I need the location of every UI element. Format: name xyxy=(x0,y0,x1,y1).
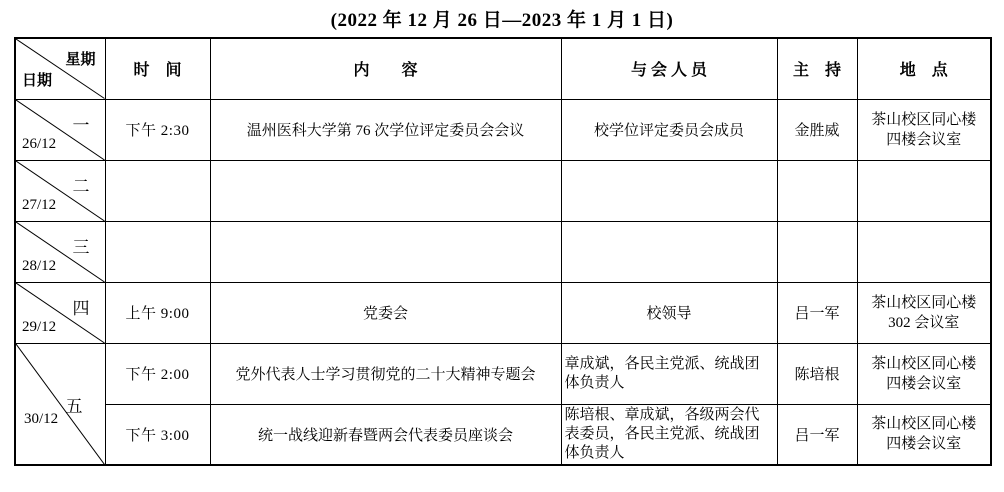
weekday-label: 四 xyxy=(73,294,90,319)
col-header-time: 时 间 xyxy=(105,38,210,99)
schedule-row-thursday: 四 29/12 上午 9:00 党委会 校领导 吕一军 茶山校区同心楼 302 … xyxy=(15,282,991,343)
content-cell: 统一战线迎新春暨两会代表委员座谈会 xyxy=(210,404,561,465)
weekday-header-label: 星期 xyxy=(65,48,95,69)
date-header-label: 日期 xyxy=(22,69,52,90)
attendees-cell: 陈培根、章成斌，各级两会代表委员，各民主党派、统战团体负责人 xyxy=(561,404,777,465)
time-cell: 上午 9:00 xyxy=(105,282,210,343)
host-cell: 吕一军 xyxy=(777,282,857,343)
content-cell: 温州医科大学第 76 次学位评定委员会会议 xyxy=(210,99,561,160)
content-cell: 党委会 xyxy=(210,282,561,343)
schedule-row-monday: 一 26/12 下午 2:30 温州医科大学第 76 次学位评定委员会会议 校学… xyxy=(15,99,991,160)
diagonal-line xyxy=(16,344,105,465)
host-cell xyxy=(777,160,857,221)
content-cell xyxy=(210,221,561,282)
weekday-label: 三 xyxy=(73,233,90,258)
host-cell: 金胜威 xyxy=(777,99,857,160)
schedule-row-wednesday: 三 28/12 xyxy=(15,221,991,282)
host-cell: 吕一军 xyxy=(777,404,857,465)
corner-header-cell: 星期 日期 xyxy=(15,38,105,99)
time-cell: 下午 2:30 xyxy=(105,99,210,160)
date-label: 27/12 xyxy=(22,197,56,214)
time-cell: 下午 2:00 xyxy=(105,343,210,404)
weekday-label: 一 xyxy=(73,111,90,136)
schedule-row-tuesday: 二 27/12 xyxy=(15,160,991,221)
col-header-location: 地 点 xyxy=(857,38,991,99)
host-cell xyxy=(777,221,857,282)
date-cell-29-12: 四 29/12 xyxy=(15,282,105,343)
time-cell xyxy=(105,160,210,221)
attendees-cell: 校学位评定委员会成员 xyxy=(561,99,777,160)
date-label: 28/12 xyxy=(22,258,56,275)
content-cell: 党外代表人士学习贯彻党的二十大精神专题会 xyxy=(210,343,561,404)
date-range-title: (2022 年 12 月 26 日—2023 年 1 月 1 日) xyxy=(0,0,1004,33)
col-header-content: 内 容 xyxy=(210,38,561,99)
col-header-attendees: 与 会 人 员 xyxy=(561,38,777,99)
schedule-row-friday-2: 下午 3:00 统一战线迎新春暨两会代表委员座谈会 陈培根、章成斌，各级两会代表… xyxy=(15,404,991,465)
time-cell: 下午 3:00 xyxy=(105,404,210,465)
weekday-label: 二 xyxy=(73,172,90,197)
attendees-cell: 校领导 xyxy=(561,282,777,343)
date-label: 29/12 xyxy=(22,319,56,336)
location-cell: 茶山校区同心楼 四楼会议室 xyxy=(857,99,991,160)
attendees-cell xyxy=(561,160,777,221)
header-row: 星期 日期 时 间 内 容 与 会 人 员 主 持 地 点 xyxy=(15,38,991,99)
weekday-label: 五 xyxy=(66,392,83,417)
weekly-schedule-table: 星期 日期 时 间 内 容 与 会 人 员 主 持 地 点 一 26/12 下午… xyxy=(14,37,992,466)
date-cell-27-12: 二 27/12 xyxy=(15,160,105,221)
location-cell xyxy=(857,160,991,221)
location-cell: 茶山校区同心楼 四楼会议室 xyxy=(857,404,991,465)
date-label: 26/12 xyxy=(22,136,56,153)
date-cell-28-12: 三 28/12 xyxy=(15,221,105,282)
date-cell-26-12: 一 26/12 xyxy=(15,99,105,160)
attendees-cell xyxy=(561,221,777,282)
schedule-row-friday-1: 五 30/12 下午 2:00 党外代表人士学习贯彻党的二十大精神专题会 章成斌… xyxy=(15,343,991,404)
location-cell: 茶山校区同心楼 302 会议室 xyxy=(857,282,991,343)
host-cell: 陈培根 xyxy=(777,343,857,404)
attendees-cell: 章成斌，各民主党派、统战团体负责人 xyxy=(561,343,777,404)
time-cell xyxy=(105,221,210,282)
col-header-host: 主 持 xyxy=(777,38,857,99)
location-cell: 茶山校区同心楼 四楼会议室 xyxy=(857,343,991,404)
date-cell-30-12: 五 30/12 xyxy=(15,343,105,465)
content-cell xyxy=(210,160,561,221)
location-cell xyxy=(857,221,991,282)
date-label: 30/12 xyxy=(24,411,58,428)
